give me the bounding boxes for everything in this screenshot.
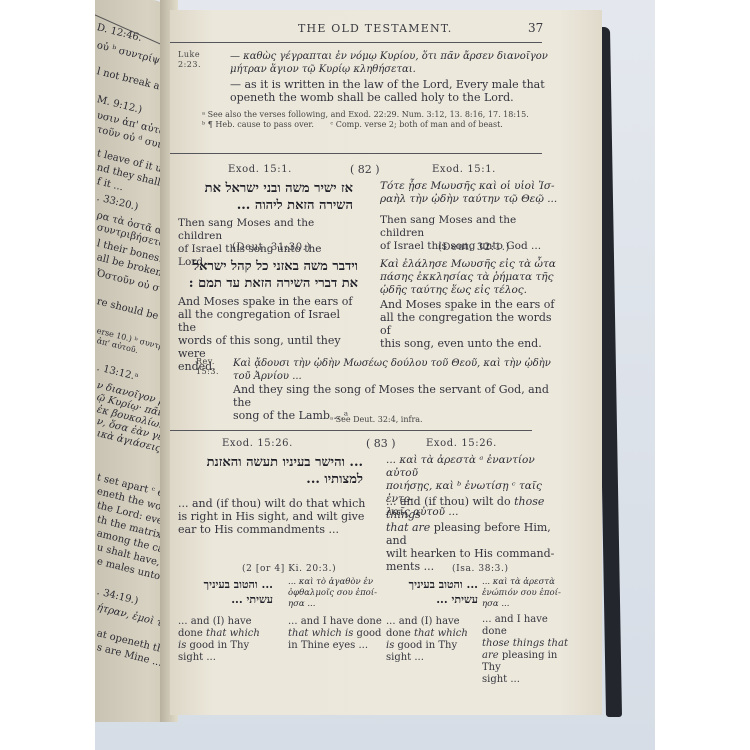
english-line: all the congregation the words of bbox=[380, 311, 560, 337]
left-page-line: re should be ful- bbox=[96, 296, 170, 327]
kings-hebrew-english: ... and (I) have done that which is good… bbox=[178, 616, 278, 664]
english-line: And Moses spake in the ears of bbox=[380, 298, 560, 311]
english-italic: that are bbox=[386, 521, 430, 534]
english-line: Then sang Moses and the children bbox=[178, 217, 358, 243]
greek-line: μήτραν ἅγιον τῷ Κυρίῳ κληθήσεται. bbox=[230, 63, 560, 76]
english-line: sight ... bbox=[482, 674, 574, 686]
hebrew-line: ... והטוב בעיניך bbox=[178, 577, 273, 592]
english-line: ... and (I) have bbox=[178, 616, 278, 628]
footnote-a: ᵃ See also the verses following, and Exo… bbox=[202, 110, 552, 120]
rev-footnote: ᵃ See Deut. 32:4, infra. bbox=[330, 415, 423, 425]
english-italic: that which is bbox=[288, 628, 353, 639]
deut-32-ref: (Deut. 32:1.) bbox=[438, 242, 510, 253]
section-82-number: ( 82 ) bbox=[350, 163, 380, 176]
english-text: done bbox=[178, 628, 206, 639]
english-line: — as it is written in the law of the Lor… bbox=[230, 78, 560, 91]
english-text: ... and (if thou) wilt do bbox=[386, 495, 514, 508]
luke-english: — as it is written in the law of the Lor… bbox=[230, 78, 560, 104]
english-italic: that which bbox=[414, 628, 468, 639]
deut-31-ref: (Deut. 31:30.) bbox=[232, 242, 311, 253]
english-line: ... and (if thou) wilt do that which bbox=[178, 497, 368, 510]
english-text: good in Thy bbox=[394, 640, 457, 651]
english-line: this song, even unto the end. bbox=[380, 337, 560, 350]
left-page-line: . 33:20.) bbox=[96, 192, 140, 213]
greek-line: τοῦ Ἀρνίου ... bbox=[233, 370, 563, 383]
rev-greek: Καὶ ᾄδουσι τὴν ᾠδὴν Μωσέως δούλου τοῦ Θε… bbox=[233, 357, 563, 383]
english-line: is right in His sight, and wilt give bbox=[178, 510, 368, 523]
isaiah-greek: ... καὶ τὰ ἀρεστὰ ἐνώπιόν σου ἐποί- ησα … bbox=[482, 577, 567, 610]
deut-hebrew: וידבר משה באזני כל קהל ישראל את דברי השי… bbox=[178, 258, 358, 292]
section-82-left-ref: Exod. 15:1. bbox=[228, 164, 292, 175]
english-text: good bbox=[353, 628, 381, 639]
luke-greek: — καθὼς γέγραπται ἐν νόμῳ Κυρίου, ὅτι πᾶ… bbox=[230, 50, 560, 76]
section-82-right-ref: Exod. 15:1. bbox=[432, 164, 496, 175]
greek-line: ἐνώπιόν σου ἐποί- bbox=[482, 588, 567, 599]
kings-greek: ... καὶ τὸ ἀγαθὸν ἐν ὀφθαλμοῖς σου ἐποί-… bbox=[288, 577, 378, 610]
english-italic: are bbox=[482, 650, 499, 661]
english-line: And they sing the song of Moses the serv… bbox=[233, 383, 563, 409]
english-italic: that which bbox=[206, 628, 260, 639]
luke-footnotes: ᵃ See also the verses following, and Exo… bbox=[202, 110, 552, 130]
ref-book: Rev. bbox=[196, 357, 219, 367]
english-line: openeth the womb shall be called holy to… bbox=[230, 91, 560, 104]
deut-right-english: And Moses spake in the ears of all the c… bbox=[380, 298, 560, 350]
ref-book: Luke bbox=[178, 50, 201, 60]
left-page-line: l not break a bone bbox=[96, 66, 170, 99]
hebrew-line: עשיתי ... bbox=[178, 592, 273, 607]
section-83-right-ref: Exod. 15:26. bbox=[426, 438, 497, 449]
left-page-edge: D. 12:46. οὐ ᵇ συντρίψετε ἀπ' l not brea… bbox=[95, 0, 170, 722]
greek-line: ... καὶ τὰ ἀρεστὰ ᵃ ἐναντίον αὐτοῦ bbox=[386, 454, 566, 480]
footnote-c: ᶜ Comp. verse 2; both of man and of beas… bbox=[330, 120, 502, 129]
hebrew-line: אז ישיר משה ובני ישראל את bbox=[178, 180, 353, 197]
hebrew-line: וידבר משה באזני כל קהל ישראל bbox=[178, 258, 358, 275]
ref-verse: 15:3. bbox=[196, 367, 219, 377]
english-line: And Moses spake in the ears of bbox=[178, 295, 358, 308]
header-rule bbox=[170, 42, 542, 43]
english-line: wilt hearken to His command- bbox=[386, 547, 566, 560]
hebrew-line: עשיתי ... bbox=[386, 592, 478, 607]
running-head: THE OLD TESTAMENT. bbox=[298, 22, 452, 35]
greek-line: ... καὶ τὸ ἀγαθὸν ἐν bbox=[288, 577, 378, 588]
section-83-left-english: ... and (if thou) wilt do that which is … bbox=[178, 497, 368, 536]
section-82-hebrew: אז ישיר משה ובני ישראל את השירה הזאת ליה… bbox=[178, 180, 353, 214]
section-rule bbox=[170, 153, 542, 154]
english-line: all the congregation of Israel the bbox=[178, 308, 358, 334]
greek-line: Καὶ ἐλάλησε Μωυσῆς εἰς τὰ ὦτα bbox=[380, 258, 560, 271]
footnote-b: ᵇ ¶ Heb. cause to pass over. bbox=[202, 120, 314, 129]
greek-line: ᾠδῆς ταύτης ἕως εἰς τέλος. bbox=[380, 284, 560, 297]
english-line: ear to His commandments ... bbox=[178, 523, 368, 536]
section-82-greek: Τότε ᾖσε Μωυσῆς καὶ οἱ υἱοὶ Ἰσ- ραὴλ τὴν… bbox=[380, 180, 560, 206]
english-italic: those things that bbox=[482, 638, 568, 649]
luke-reference: Luke 2:23. bbox=[178, 50, 201, 70]
greek-line: ησα ... bbox=[482, 599, 567, 610]
greek-line: ὀφθαλμοῖς σου ἐποί- bbox=[288, 588, 378, 599]
kings-ref: (2 [or 4] Ki. 20:3.) bbox=[242, 564, 336, 574]
hebrew-line: ... והטוב בעיניך bbox=[386, 577, 478, 592]
english-text: good in Thy bbox=[186, 640, 249, 651]
hebrew-line: השירה הזאת ליהוה ... bbox=[178, 197, 353, 214]
english-line: Then sang Moses and the children bbox=[380, 214, 560, 240]
section-83-hebrew: ... והישר בעיניו תעשה והאזנת למצותיו ... bbox=[178, 454, 363, 488]
greek-line: ησα ... bbox=[288, 599, 378, 610]
english-line: sight ... bbox=[386, 652, 478, 664]
kings-greek-english: ... and I have done that which is good i… bbox=[288, 616, 383, 652]
english-line: ... and I have done bbox=[288, 616, 383, 628]
isaiah-hebrew: ... והטוב בעיניך עשיתי ... bbox=[386, 577, 478, 607]
english-line: in Thine eyes ... bbox=[288, 640, 383, 652]
hebrew-line: ... והישר בעיניו תעשה והאזנת bbox=[178, 454, 363, 471]
greek-line: — καθὼς γέγραπται ἐν νόμῳ Κυρίου, ὅτι πᾶ… bbox=[230, 50, 560, 63]
section-83-number: ( 83 ) bbox=[366, 437, 396, 450]
hebrew-line: את דברי השירה הזאת עד תמם : bbox=[178, 275, 358, 292]
greek-line: Τότε ᾖσε Μωυσῆς καὶ οἱ υἱοὶ Ἰσ- bbox=[380, 180, 560, 193]
section-83-left-ref: Exod. 15:26. bbox=[222, 438, 293, 449]
greek-line: ραὴλ τὴν ᾠδὴν ταύτην τῷ Θεῷ ... bbox=[380, 193, 560, 206]
english-line: sight ... bbox=[178, 652, 278, 664]
isaiah-greek-english: ... and I have done those things that ar… bbox=[482, 614, 574, 686]
deut-greek: Καὶ ἐλάλησε Μωυσῆς εἰς τὰ ὦτα πάσης ἐκκλ… bbox=[380, 258, 560, 297]
greek-line: ... καὶ τὰ ἀρεστὰ bbox=[482, 577, 567, 588]
section-rule bbox=[170, 430, 532, 431]
ref-verse: 2:23. bbox=[178, 60, 201, 70]
isaiah-hebrew-english: ... and (I) have done that which is good… bbox=[386, 616, 478, 664]
page-number: 37 bbox=[528, 21, 543, 35]
isaiah-ref: (Isa. 38:3.) bbox=[452, 564, 509, 574]
greek-line: Καὶ ᾄδουσι τὴν ᾠδὴν Μωσέως δούλου τοῦ Θε… bbox=[233, 357, 563, 370]
book-page: THE OLD TESTAMENT. 37 Luke 2:23. — καθὼς… bbox=[170, 10, 602, 715]
kings-hebrew: ... והטוב בעיניך עשיתי ... bbox=[178, 577, 273, 607]
english-text: done bbox=[386, 628, 414, 639]
left-page-line: . 13:12.ᵃ bbox=[96, 362, 140, 383]
hebrew-line: למצותיו ... bbox=[178, 471, 363, 488]
english-line: ... and (I) have bbox=[386, 616, 478, 628]
rev-reference: Rev. 15:3. bbox=[196, 357, 219, 377]
section-83-right-english: ... and (if thou) wilt do those things t… bbox=[386, 495, 566, 573]
greek-line: πάσης ἐκκλησίας τὰ ῥήματα τῆς bbox=[380, 271, 560, 284]
english-line: ... and I have done bbox=[482, 614, 574, 638]
